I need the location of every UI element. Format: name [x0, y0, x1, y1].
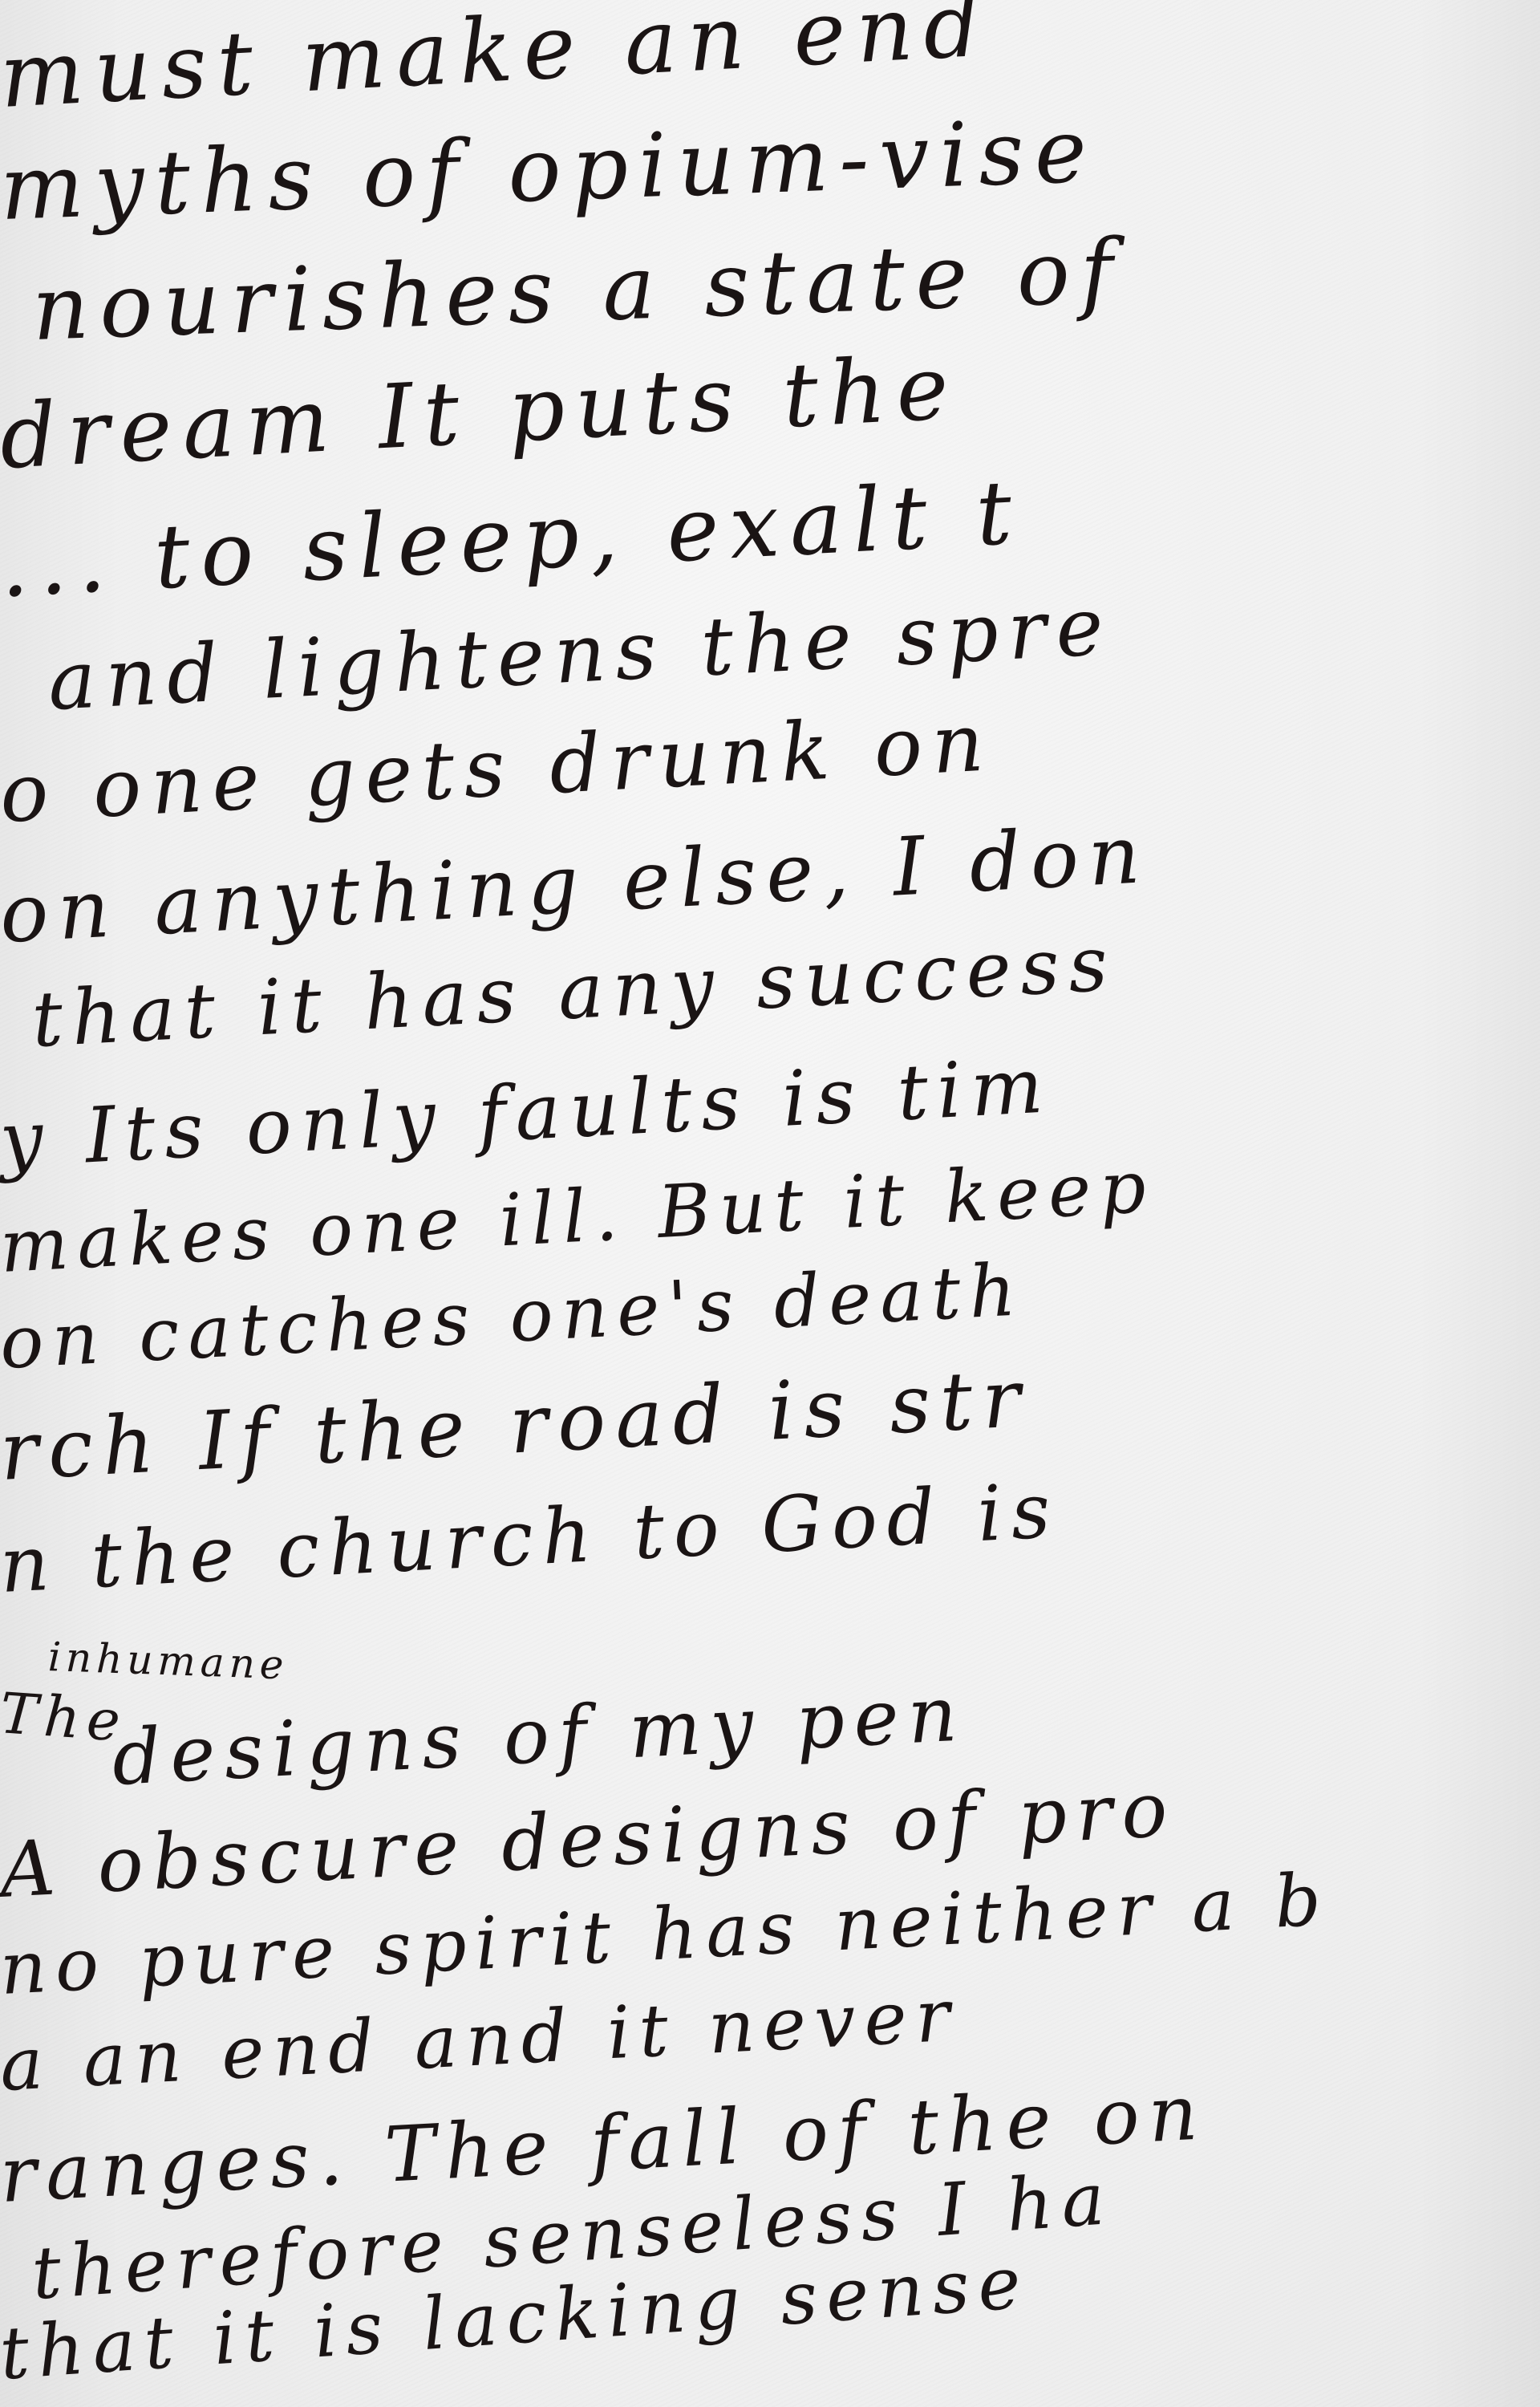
script-line: inhumane: [47, 1637, 289, 1685]
